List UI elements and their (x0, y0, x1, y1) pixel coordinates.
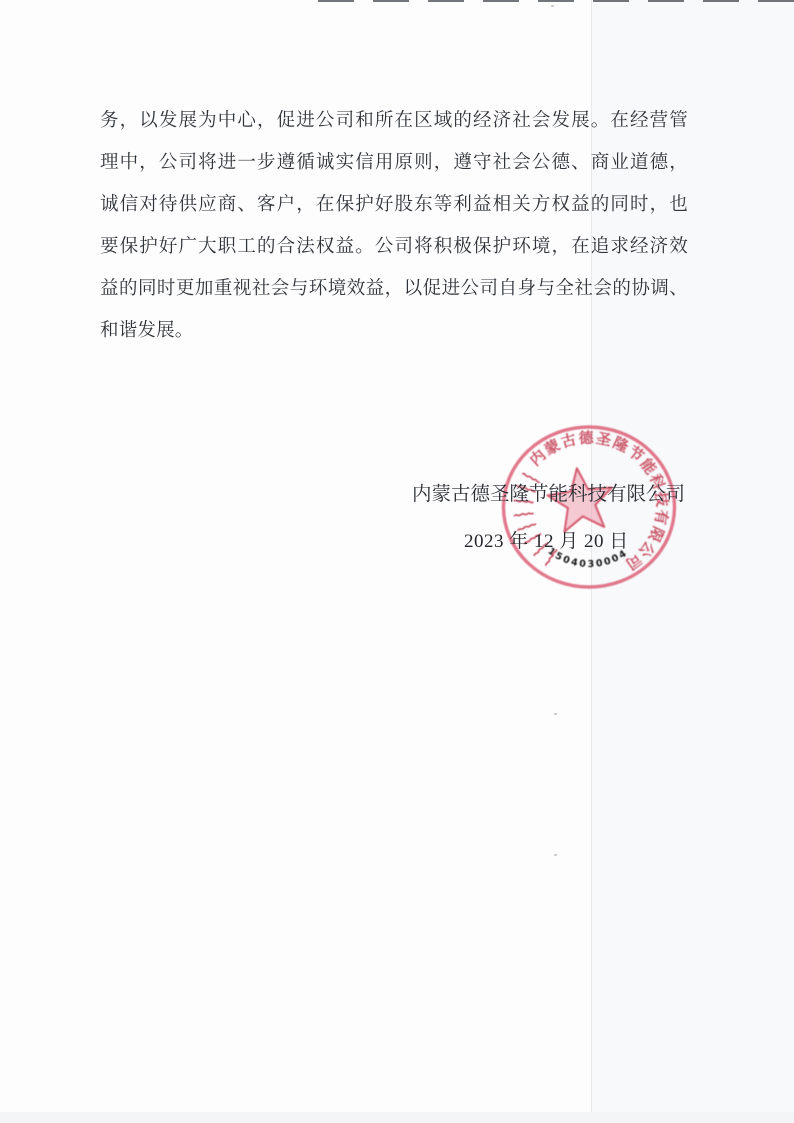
scan-speck (551, 5, 554, 7)
signature-date: 2023 年 12 月 20 日 (464, 526, 629, 553)
official-seal-stamp: 内蒙古德圣隆节能科技有限公司 1504030004292 (494, 412, 684, 602)
body-line: 益的同时更加重视社会与环境效益，以促进公司自身与全社会的协调、 (100, 268, 688, 310)
body-line: 务，以发展为中心，促进公司和所在区域的经济社会发展。在经营管 (100, 100, 688, 142)
scan-bottom-strip (0, 1112, 794, 1123)
body-paragraph: 务，以发展为中心，促进公司和所在区域的经济社会发展。在经营管 理中，公司将进一步… (100, 100, 688, 352)
scan-speck (554, 854, 557, 856)
scan-speck (554, 713, 557, 715)
body-line: 和谐发展。 (100, 310, 688, 352)
scan-top-edge-artifact (318, 0, 794, 2)
body-line: 要保护好广大职工的合法权益。公司将积极保护环境，在追求经济效 (100, 226, 688, 268)
signature-company-name: 内蒙古德圣隆节能科技有限公司 (412, 478, 685, 506)
scanned-document-page: 务，以发展为中心，促进公司和所在区域的经济社会发展。在经营管 理中，公司将进一步… (0, 0, 794, 1123)
body-line: 理中，公司将进一步遵循诚实信用原则，遵守社会公德、商业道德， (100, 142, 688, 184)
body-line: 诚信对待供应商、客户，在保护好股东等利益相关方权益的同时，也 (100, 184, 688, 226)
